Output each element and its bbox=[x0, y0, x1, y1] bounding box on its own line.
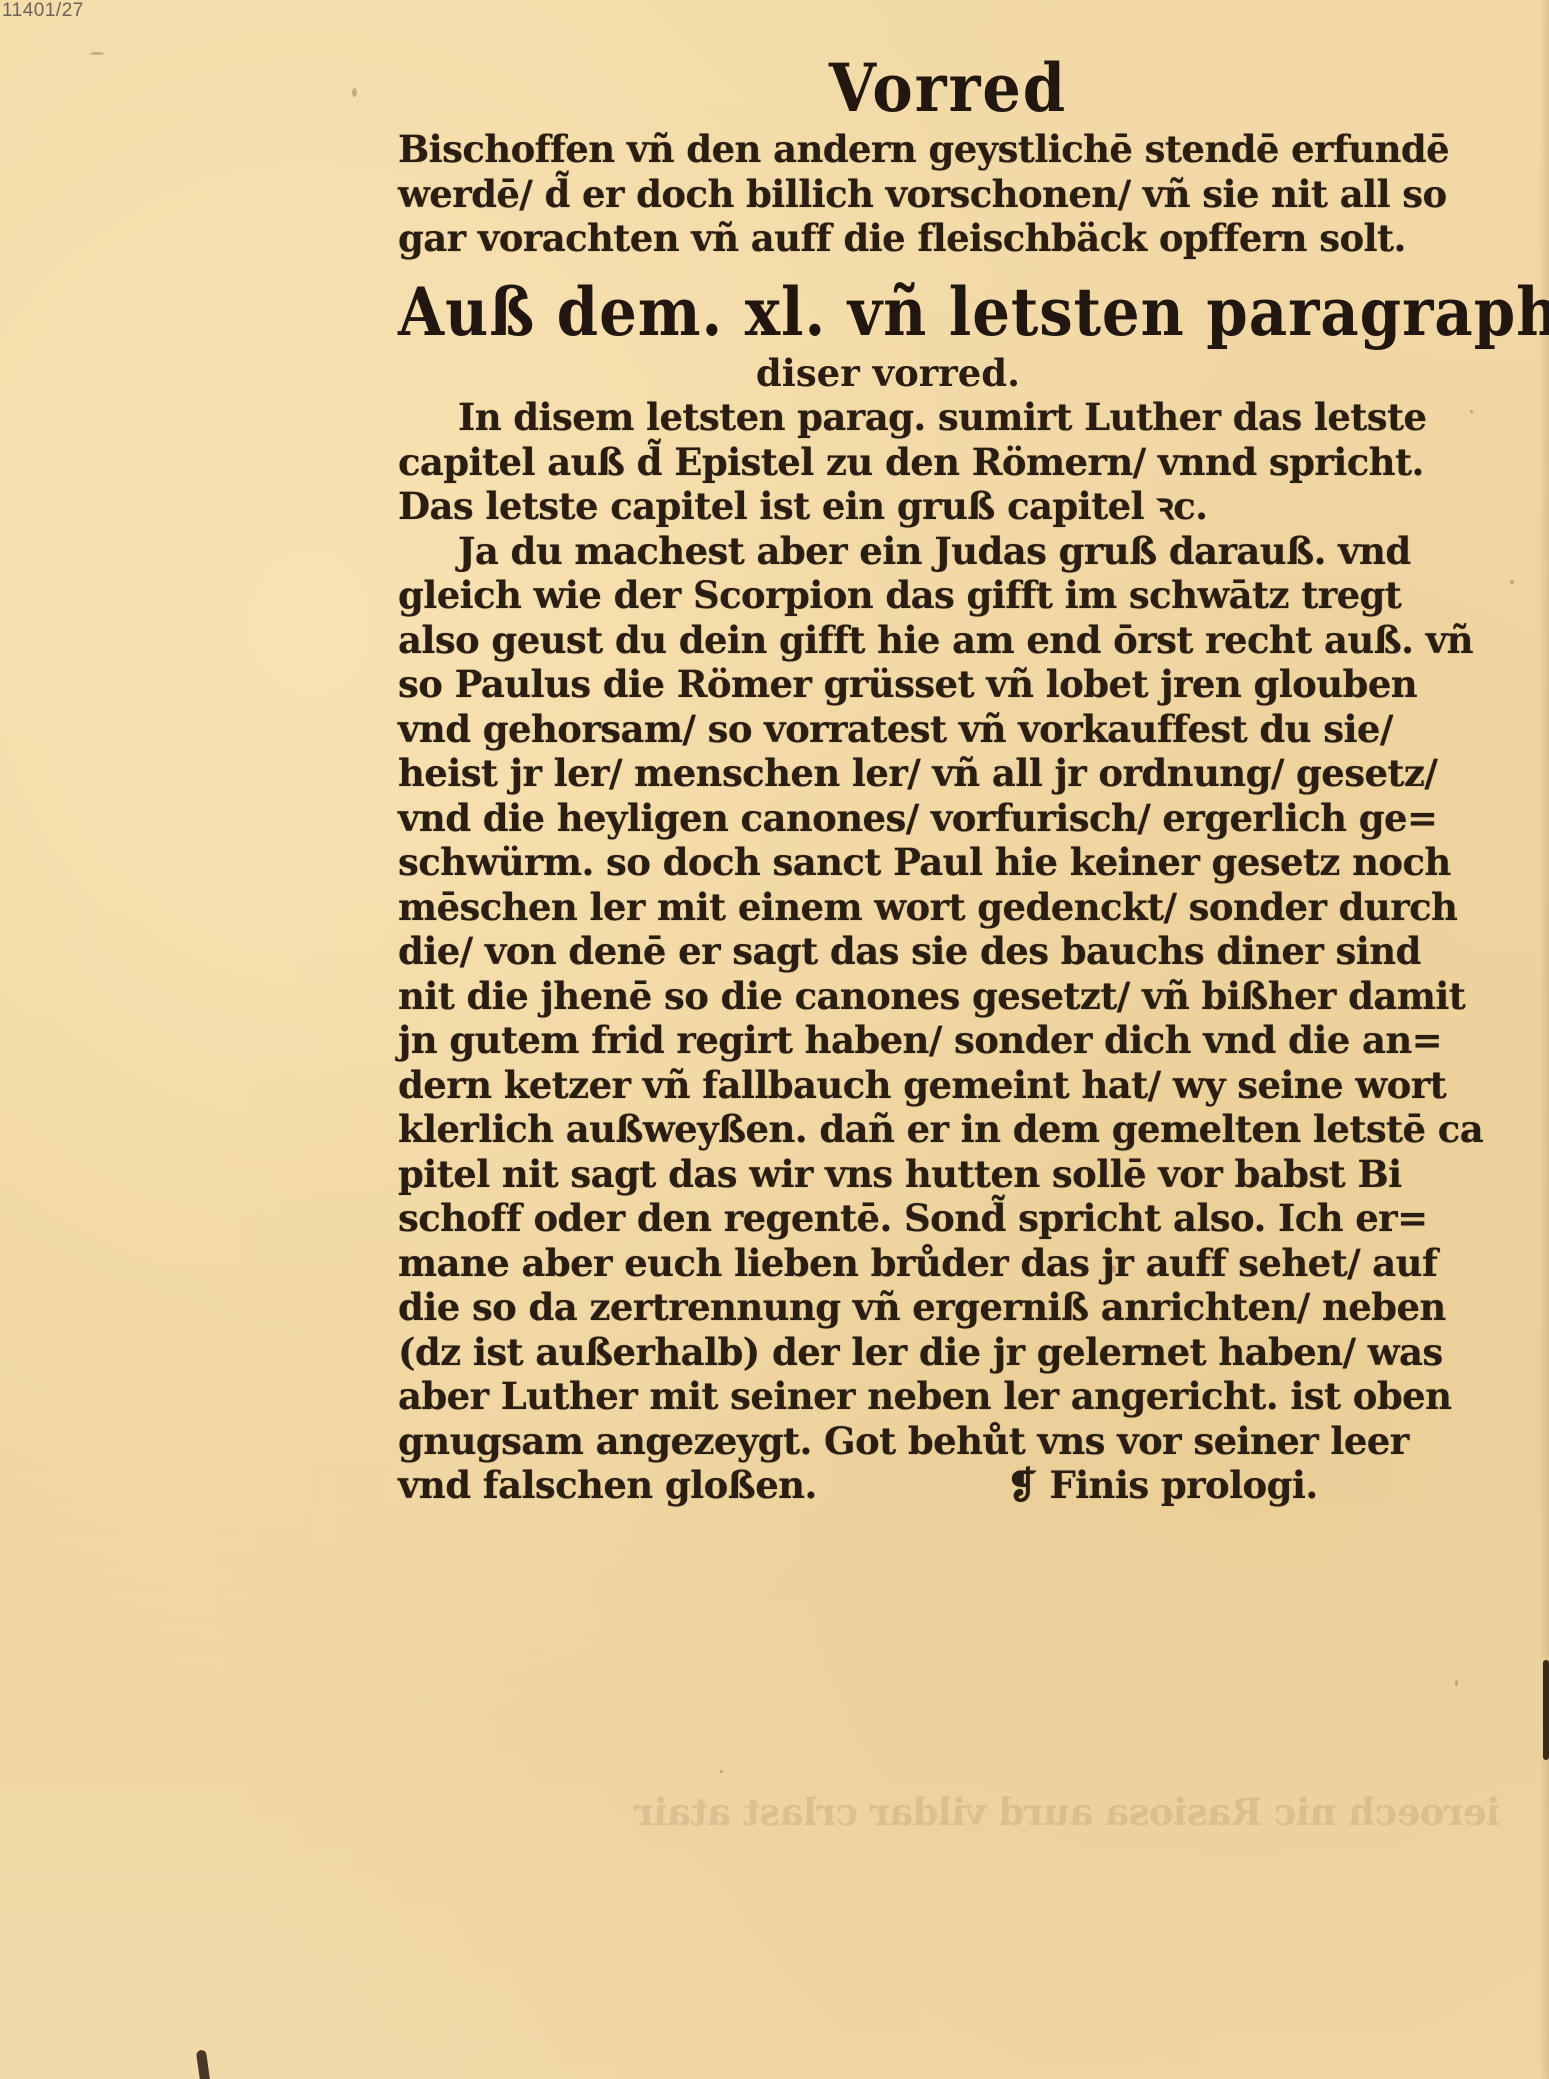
text-line: werdē/ d̃ er doch billich vorschonen/ vñ… bbox=[398, 172, 1488, 217]
text-line: Ja du machest aber ein Judas gruß darauß… bbox=[398, 529, 1488, 574]
text-line: jn gutem frid regirt haben/ sonder dich … bbox=[398, 1018, 1488, 1063]
paragraph-1: In disem letsten parag. sumirt Luther da… bbox=[398, 395, 1488, 529]
closing-line: vnd falschen gloßen. ❡ Finis prologi. bbox=[398, 1463, 1488, 1508]
paper-speck bbox=[1455, 1680, 1458, 1686]
text-line: Das letste capitel ist ein gruß capitel … bbox=[398, 484, 1488, 529]
text-line: klerlich außweyßen. dañ er in dem gemelt… bbox=[398, 1107, 1488, 1152]
section-subheading: diser vorred. bbox=[288, 351, 1488, 396]
text-line: (dz ist außerhalb) der ler die jr gelern… bbox=[398, 1330, 1488, 1375]
text-line: die/ von denē er sagt das sie des bauchs… bbox=[398, 929, 1488, 974]
bleed-through-text: ieroech nic Rasiosa aurd vildar crlast a… bbox=[420, 1790, 1500, 1834]
text-line: nit die jhenē so die canones gesetzt/ vñ… bbox=[398, 974, 1488, 1019]
paper-speck bbox=[352, 88, 357, 97]
section-heading: Auß dem. xl. vñ letsten paragrapho bbox=[398, 279, 1379, 351]
paragraph-2: Ja du machest aber ein Judas gruß darauß… bbox=[398, 529, 1488, 1508]
text-line: also geust du dein gifft hie am end ōrst… bbox=[398, 618, 1488, 663]
text-line: schwürm. so doch sanct Paul hie keiner g… bbox=[398, 840, 1488, 885]
catalog-number: 11401/27 bbox=[2, 0, 84, 22]
text-line: vnd die heyligen canones/ vorfurisch/ er… bbox=[398, 796, 1488, 841]
continuation-text: Bischoffen vñ den andern geystlichē sten… bbox=[398, 127, 1488, 261]
pilcrow-icon: ❡ bbox=[1007, 1463, 1037, 1507]
text-line: vnd gehorsam/ so vorratest vñ vorkauffes… bbox=[398, 707, 1488, 752]
text-line: die so da zertrennung vñ ergerniß anrich… bbox=[398, 1285, 1488, 1330]
text-line: gnugsam angezeygt. Got behůt vns vor sei… bbox=[398, 1419, 1488, 1464]
page-edge-mark bbox=[1543, 1660, 1549, 1760]
text-line: so Paulus die Römer grüsset vñ lobet jre… bbox=[398, 662, 1488, 707]
colophon: ❡ Finis prologi. bbox=[1007, 1463, 1318, 1508]
text-line: mane aber euch lieben brůder das jr auff… bbox=[398, 1241, 1488, 1286]
text-line: aber Luther mit seiner neben ler angeric… bbox=[398, 1374, 1488, 1419]
paper-speck bbox=[720, 1770, 723, 1773]
text-line: dern ketzer vñ fallbauch gemeint hat/ wy… bbox=[398, 1063, 1488, 1108]
printed-page: Vorred Bischoffen vñ den andern geystlic… bbox=[398, 55, 1488, 1508]
text-line: pitel nit sagt das wir vns hutten sollē … bbox=[398, 1152, 1488, 1197]
text-line: In disem letsten parag. sumirt Luther da… bbox=[398, 395, 1488, 440]
colophon-text: Finis prologi. bbox=[1049, 1463, 1317, 1507]
text-line: gleich wie der Scorpion das gifft im sch… bbox=[398, 573, 1488, 618]
text-line: heist jr ler/ menschen ler/ vñ all jr or… bbox=[398, 751, 1488, 796]
paper-speck bbox=[1510, 580, 1514, 584]
binding-thread-mark bbox=[196, 2049, 210, 2079]
text-line: gar vorachten vñ auff die fleischbäck op… bbox=[398, 216, 1488, 261]
text-line: capitel auß d̃ Epistel zu den Römern/ vn… bbox=[398, 440, 1488, 485]
text-line: mēschen ler mit einem wort gedenckt/ son… bbox=[398, 885, 1488, 930]
closing-text: vnd falschen gloßen. bbox=[398, 1463, 817, 1508]
running-head: Vorred bbox=[451, 55, 1445, 127]
paper-speck bbox=[90, 52, 104, 55]
text-line: Bischoffen vñ den andern geystlichē sten… bbox=[398, 127, 1488, 172]
text-line: schoff oder den regentē. Sond̃ spricht a… bbox=[398, 1196, 1488, 1241]
